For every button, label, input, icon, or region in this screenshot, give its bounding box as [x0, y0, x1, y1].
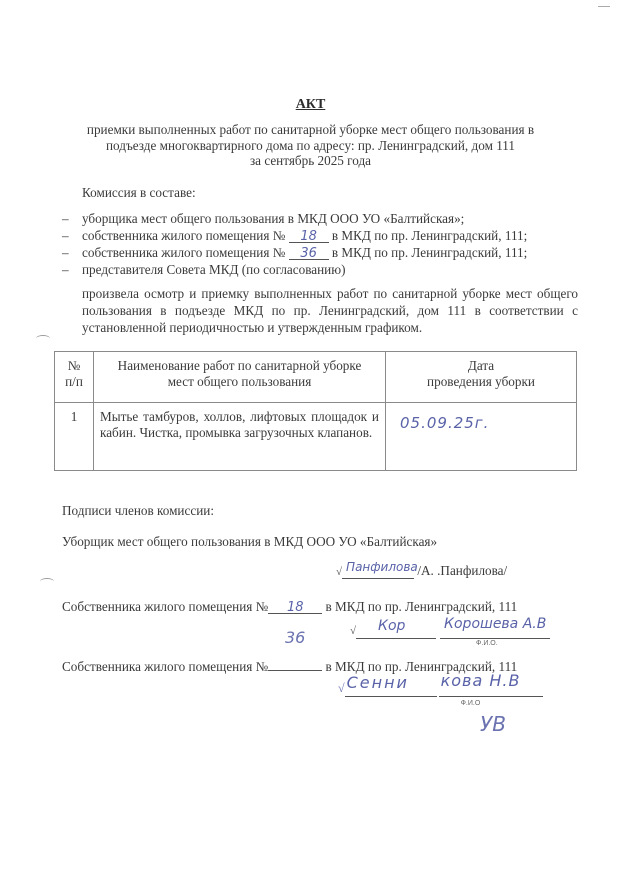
signature-field: Панфилова	[342, 562, 414, 579]
table-row: 1 Мытье тамбуров, холлов, лифтовых площа…	[55, 403, 577, 471]
member-text: уборщика мест общего пользования в МКД О…	[82, 211, 464, 226]
signature-field: Сенни	[345, 676, 437, 697]
handwritten-date: 05.09.25г.	[400, 415, 489, 431]
handwritten-extra-signature: УВ	[480, 712, 506, 736]
member-text: представителя Совета МКД (по согласовани…	[82, 262, 345, 277]
scan-mark	[40, 578, 54, 585]
header-work-name: Наименование работ по санитарной уборке …	[94, 352, 386, 403]
paragraph-line: установленной периодичностью и утвержден…	[82, 320, 422, 336]
cell-date: 05.09.25г.	[386, 403, 577, 471]
member-suffix: в МКД по пр. Ленинградский, 111;	[332, 228, 527, 243]
member-prefix: собственника жилого помещения №	[82, 245, 285, 260]
document-subtitle: приемки выполненных работ по санитарной …	[0, 122, 621, 169]
owner2-signature-line: √Сенникова Н.ВФ.И.О	[338, 676, 543, 698]
paragraph-line: пользования в подъезде МКД по пр. Ленинг…	[82, 303, 578, 319]
subtitle-line: подъезде многоквартирного дома по адресу…	[0, 138, 621, 154]
signatures-heading: Подписи членов комиссии:	[62, 503, 214, 519]
subtitle-line: за сентябрь 2025 года	[0, 153, 621, 169]
commission-member: –собственника жилого помещения № 36 в МК…	[62, 245, 527, 261]
member-suffix: в МКД по пр. Ленинградский, 111;	[332, 245, 527, 260]
apartment-number-field: 36	[289, 245, 329, 260]
list-dash: –	[62, 262, 82, 278]
paragraph-line: произвела осмотр и приемку выполненных р…	[82, 286, 578, 302]
owner1-line: Собственника жилого помещения №18 в МКД …	[62, 599, 517, 615]
commission-heading: Комиссия в составе:	[82, 185, 196, 201]
list-dash: –	[62, 245, 82, 261]
works-table: № п/п Наименование работ по санитарной у…	[54, 351, 577, 471]
handwritten-signature: Сенни	[347, 673, 409, 692]
signature-field: Кор	[356, 620, 436, 639]
apartment-number-field	[268, 656, 322, 671]
member-prefix: собственника жилого помещения №	[82, 228, 285, 243]
header-number: № п/п	[55, 352, 94, 403]
list-dash: –	[62, 211, 82, 227]
commission-member: –уборщика мест общего пользования в МКД …	[62, 211, 464, 227]
check-mark: √	[338, 681, 345, 695]
cleaner-name: /А. .Панфилова/	[417, 563, 507, 578]
table-header-row: № п/п Наименование работ по санитарной у…	[55, 352, 577, 403]
cleaner-signature-line: √Панфилова /А. .Панфилова/	[336, 562, 507, 579]
cell-number: 1	[55, 403, 94, 471]
fio-field: кова Н.ВФ.И.О	[439, 676, 543, 697]
fio-caption: Ф.И.О.	[476, 640, 498, 647]
apartment-number-field: 18	[268, 599, 322, 614]
document-title: АКТ	[0, 97, 621, 113]
handwritten-signature: Кор	[378, 618, 405, 634]
fio-caption: Ф.И.О	[461, 700, 481, 707]
fio-field: Корошева А.ВФ.И.О.	[440, 620, 550, 639]
handwritten-apt-note: 36	[285, 628, 305, 647]
scan-mark	[36, 335, 50, 342]
commission-member: –представителя Совета МКД (по согласован…	[62, 262, 345, 278]
apartment-number-field: 18	[289, 228, 329, 243]
cleaner-label: Уборщик мест общего пользования в МКД ОО…	[62, 534, 437, 550]
header-date: Дата проведения уборки	[386, 352, 577, 403]
handwritten-fio: Корошева А.В	[444, 616, 546, 632]
handwritten-fio: кова Н.В	[441, 671, 521, 690]
cell-work: Мытье тамбуров, холлов, лифтовых площадо…	[94, 403, 386, 471]
handwritten-signature: Панфилова	[346, 560, 418, 574]
commission-member: –собственника жилого помещения № 18 в МК…	[62, 228, 527, 244]
owner1-signature-line: √КорКорошева А.ВФ.И.О.	[350, 620, 550, 640]
subtitle-line: приемки выполненных работ по санитарной …	[0, 122, 621, 138]
list-dash: –	[62, 228, 82, 244]
scan-mark	[598, 6, 610, 7]
